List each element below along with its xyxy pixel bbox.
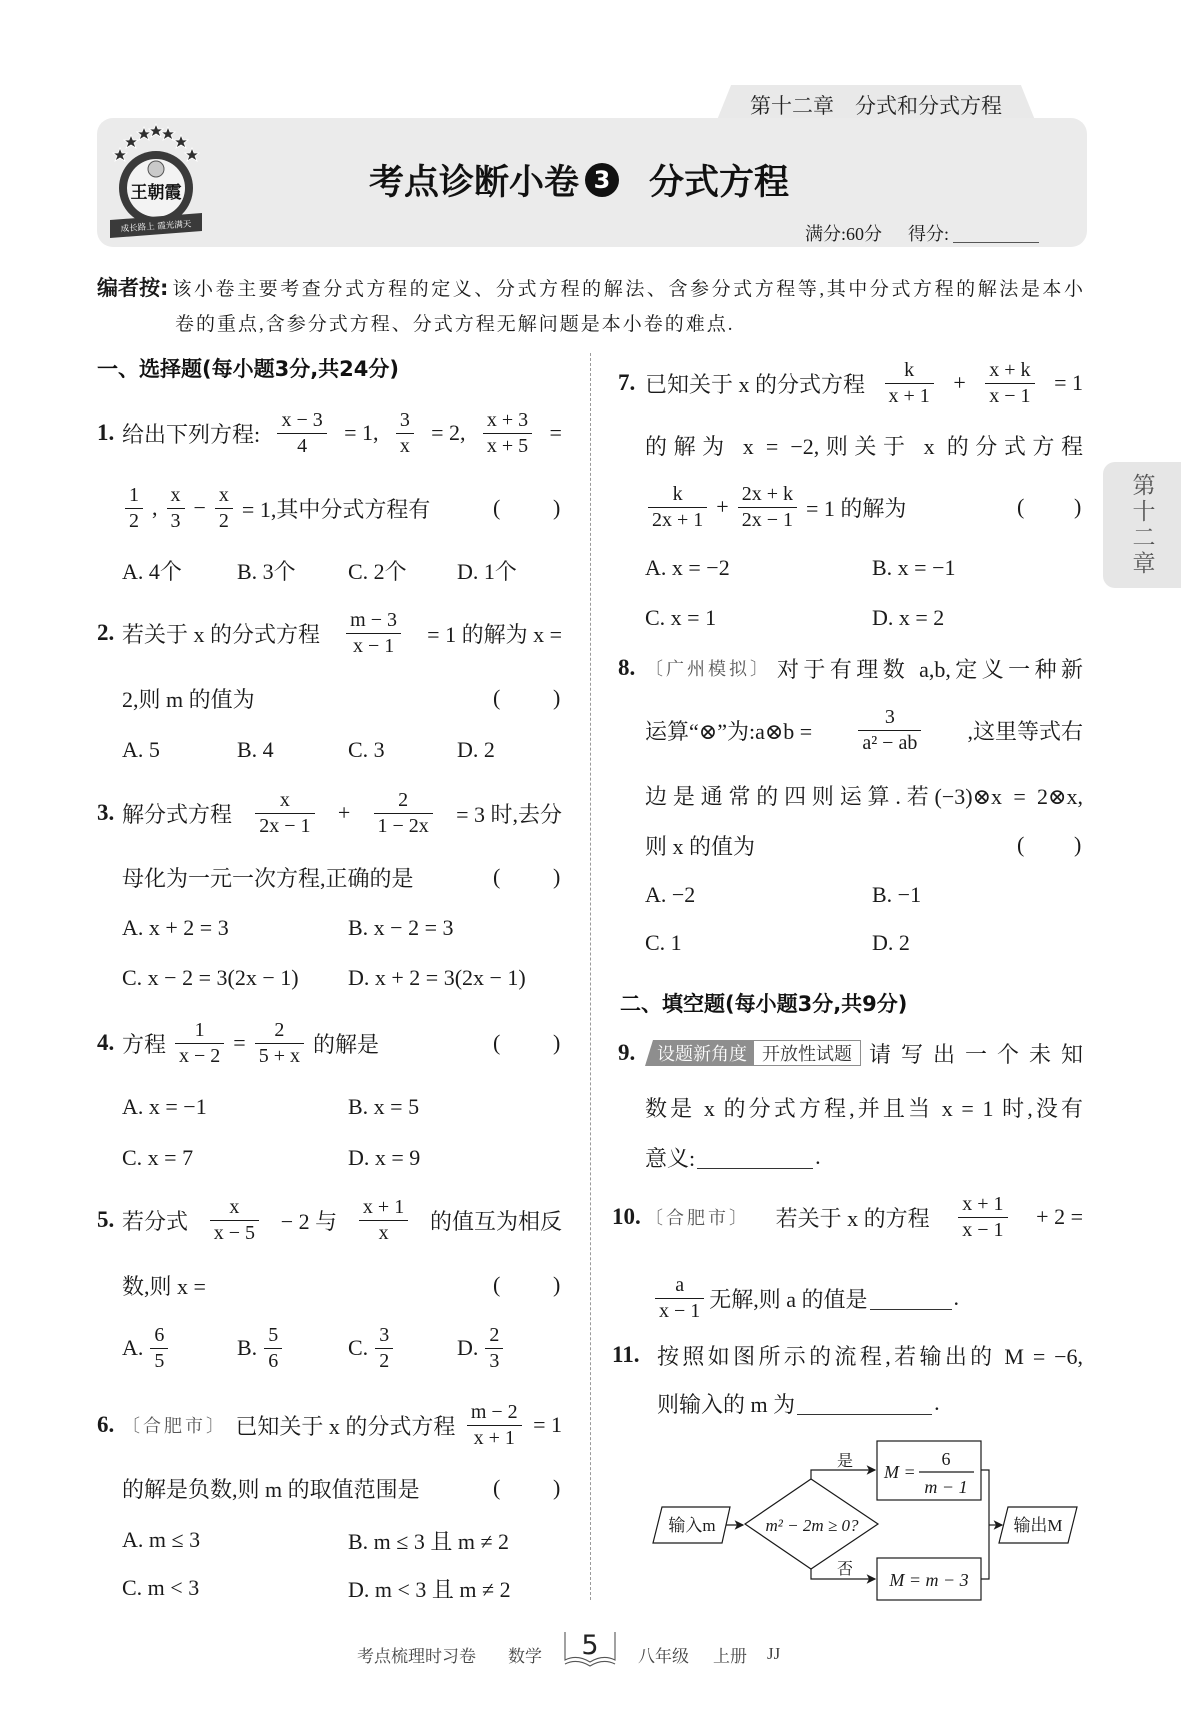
numerator: 2	[374, 788, 433, 814]
question-text: 解分式方程	[122, 798, 232, 829]
numerator: x − 3	[277, 408, 326, 434]
footer-grade: 八年级	[638, 1640, 689, 1668]
denominator: 3	[485, 1349, 503, 1374]
question-7-line-1: 已知关于 x 的分式方程 kx + 1 + x + kx − 1 = 1	[645, 353, 1083, 413]
option-label: D.	[457, 1335, 478, 1361]
denominator: x + 1	[467, 1426, 522, 1451]
option-d: D. 23	[457, 1318, 506, 1378]
question-8-line-1: 〔广州模拟〕 对于有理数 a,b,定义一种新	[645, 638, 1083, 698]
question-2-line-2: 2,则 m 的值为	[122, 668, 255, 728]
option-c: C. 2个	[348, 545, 407, 595]
fraction: 3x	[396, 408, 414, 459]
denominator: x + 5	[483, 434, 532, 459]
question-text: 则输入的 m 为	[657, 1388, 795, 1419]
option-c: C. x = 7	[122, 1133, 193, 1183]
math-text: +	[716, 494, 728, 520]
option-d: D. 2	[872, 918, 910, 968]
fraction: 3a² − ab	[858, 705, 921, 756]
option-d: D. x = 2	[872, 593, 944, 643]
numerator: x	[210, 1195, 259, 1221]
math-text: =	[550, 420, 562, 446]
fraction: m − 2x + 1	[467, 1400, 522, 1451]
numerator: x	[167, 483, 185, 509]
denominator: 2x − 1	[255, 814, 314, 839]
question-text: = 1 的解为	[806, 492, 906, 523]
flowchart-diagram: 输入m m² − 2m ≥ 0? 是 否 M = 6 m − 1 M = m −…	[640, 1420, 1090, 1610]
question-text: = 3 时,去分	[456, 798, 562, 829]
no-expression: M = m − 3	[888, 1570, 968, 1590]
full-score: 满分:60分	[805, 220, 882, 246]
question-text: = 1 的解为 x =	[427, 618, 562, 649]
fraction: 32	[375, 1323, 393, 1374]
option-a: A. m ≤ 3	[122, 1515, 200, 1565]
question-text: ,这里等式右	[967, 715, 1083, 746]
denominator: x − 1	[655, 1299, 704, 1324]
option-d: D. 2	[457, 725, 495, 775]
question-text: 按照如图所示的流程,若输出的 M = −6,	[657, 1340, 1083, 1371]
fraction: 23	[485, 1323, 503, 1374]
numerator: 2x + k	[738, 482, 797, 508]
question-text: 若关于 x 的分式方程	[122, 618, 320, 649]
question-10-number: 10.	[612, 1187, 641, 1247]
numerator: m − 2	[467, 1400, 522, 1426]
fraction: kx + 1	[885, 358, 934, 409]
period: .	[934, 1390, 940, 1416]
chapter-side-tab: 第十二章	[1103, 462, 1181, 588]
editor-note-label: 编者按:	[97, 272, 168, 302]
footer-book-title: 考点梳理时习卷	[357, 1640, 476, 1668]
question-text: 给出下列方程:	[122, 418, 260, 449]
logo-name: 王朝霞	[131, 182, 182, 203]
option-label: C.	[348, 1335, 368, 1361]
option-b: B. x = −1	[872, 543, 956, 593]
question-text: 对于有理数 a,b,定义一种新	[777, 653, 1083, 684]
numerator: 3	[858, 705, 921, 731]
source-tag: 〔广州模拟〕	[645, 655, 771, 681]
option-c: C. 3	[348, 725, 385, 775]
fraction: k2x + 1	[648, 482, 707, 533]
column-divider	[590, 353, 591, 1600]
numerator: 1	[175, 1018, 224, 1044]
question-5-line-1: 若分式 xx − 5 − 2 与 x + 1x 的值互为相反	[122, 1190, 562, 1250]
question-5-line-2: 数,则 x =	[122, 1255, 206, 1315]
numerator: x + 1	[958, 1192, 1007, 1218]
denominator: 2	[215, 509, 233, 534]
option-b: B. m ≤ 3 且 m ≠ 2	[348, 1515, 509, 1565]
option-a: A. −2	[645, 870, 695, 920]
fraction: 12	[125, 483, 143, 534]
question-6-line-2: 的解是负数,则 m 的取值范围是	[122, 1458, 420, 1518]
answer-paren-open: (	[493, 1458, 500, 1518]
option-d: D. 1个	[457, 545, 517, 595]
numerator: x + k	[985, 358, 1034, 384]
math-text: =	[233, 1030, 245, 1056]
denominator: 3	[167, 509, 185, 534]
page-title: 考点诊断小卷 3 分式方程	[369, 156, 789, 204]
numerator: x + 3	[483, 408, 532, 434]
question-text: − 2 与	[281, 1205, 337, 1236]
math-text: +	[953, 370, 965, 396]
yes-expression-prefix: M =	[883, 1462, 916, 1482]
numerator: x	[255, 788, 314, 814]
option-b: B. 56	[237, 1318, 285, 1378]
denominator: 6	[264, 1349, 282, 1374]
denominator: 2x + 1	[648, 508, 707, 533]
question-2-line-1: 若关于 x 的分式方程 m − 3x − 1 = 1 的解为 x =	[122, 603, 562, 663]
question-7-number: 7.	[618, 353, 635, 413]
question-1-line-1: 给出下列方程: x − 34 = 1, 3x = 2, x + 3x + 5 =	[122, 403, 562, 463]
question-9-number: 9.	[618, 1023, 635, 1083]
math-text: = 2,	[431, 420, 465, 446]
denominator: x − 2	[175, 1044, 224, 1069]
fraction: x3	[167, 483, 185, 534]
answer-paren-open: (	[1017, 815, 1024, 875]
option-d: D. x + 2 = 3(2x − 1)	[348, 953, 526, 1003]
option-d: D. m < 3 且 m ≠ 2	[348, 1563, 511, 1613]
option-b: B. x = 5	[348, 1082, 419, 1132]
question-text: 若分式	[122, 1205, 188, 1236]
question-11-number: 11.	[612, 1325, 639, 1385]
fraction: 25 + x	[255, 1018, 304, 1069]
answer-blank	[697, 1146, 813, 1169]
fraction: 21 − 2x	[374, 788, 433, 839]
denominator: a² − ab	[858, 731, 921, 756]
denominator: 5	[150, 1349, 168, 1374]
exam-page: 第十二章 分式和分式方程 王朝霞 成长路上 霞光满天 考点诊断小卷 3 分式方程…	[0, 0, 1181, 1730]
math-text: −	[194, 495, 206, 521]
page-number: 5	[563, 1628, 617, 1662]
yes-numerator: 6	[942, 1449, 951, 1469]
numerator: k	[885, 358, 934, 384]
period: .	[815, 1144, 821, 1170]
yes-label: 是	[837, 1452, 853, 1470]
title-main: 考点诊断小卷	[369, 155, 579, 205]
denominator: x	[396, 434, 414, 459]
condition-label: m² − 2m ≥ 0?	[766, 1516, 859, 1535]
option-b: B. 4	[237, 725, 274, 775]
fraction: x + 3x + 5	[483, 408, 532, 459]
fraction: xx − 5	[210, 1195, 259, 1246]
source-tag: 〔合肥市〕	[122, 1412, 227, 1438]
question-8-number: 8.	[618, 638, 635, 698]
numerator: 2	[485, 1323, 503, 1349]
chapter-side-tab-label: 第十二章	[1126, 473, 1159, 577]
denominator: 4	[277, 434, 326, 459]
badge-new-angle: 设题新角度	[645, 1040, 753, 1066]
editor-note-line-1: 该小卷主要考查分式方程的定义、分式方程的解法、含参分式方程等,其中分式方程的解法…	[172, 274, 1083, 301]
denominator: 1 − 2x	[374, 814, 433, 839]
numerator: 3	[396, 408, 414, 434]
question-text: 意义:	[645, 1142, 695, 1173]
title-topic: 分式方程	[649, 155, 789, 205]
option-label: B.	[237, 1335, 257, 1361]
option-label: A.	[122, 1335, 143, 1361]
option-a: A. x = −2	[645, 543, 730, 593]
question-4-line-1: 方程 1x − 2 = 25 + x 的解是	[122, 1013, 379, 1073]
option-a: A. x + 2 = 3	[122, 903, 229, 953]
answer-paren-close: )	[553, 1458, 560, 1518]
option-c: C. m < 3	[122, 1563, 199, 1613]
denominator: x − 1	[985, 384, 1034, 409]
brand-logo-icon: 王朝霞 成长路上 霞光满天	[108, 122, 204, 246]
option-b: B. 3个	[237, 545, 296, 595]
answer-paren-close: )	[1074, 477, 1081, 537]
answer-paren-close: )	[553, 847, 560, 907]
option-c: C. x = 1	[645, 593, 716, 643]
denominator: x − 5	[210, 1221, 259, 1246]
denominator: x − 1	[346, 634, 401, 659]
score-line: 满分:60分 得分:	[805, 220, 1039, 246]
question-10-line-1: 〔合肥市〕 若关于 x 的方程 x + 1x − 1 + 2 =	[645, 1187, 1083, 1247]
math-text: = 1	[533, 1412, 562, 1438]
denominator: 2x − 1	[738, 508, 797, 533]
question-text: 的解为 x = −2,则关于 x 的分式方程	[645, 430, 1083, 461]
option-b: B. x − 2 = 3	[348, 903, 454, 953]
numerator: 3	[375, 1323, 393, 1349]
question-6-number: 6.	[97, 1395, 114, 1455]
question-text: 数是 x 的分式方程,并且当 x = 1 时,没有	[645, 1092, 1083, 1123]
option-b: B. −1	[872, 870, 921, 920]
question-text: 方程	[122, 1028, 166, 1059]
question-text: 运算“⊗”为:a⊗b =	[645, 715, 812, 746]
numerator: 1	[125, 483, 143, 509]
math-text: + 2 =	[1036, 1204, 1083, 1230]
fraction: x2x − 1	[255, 788, 314, 839]
answer-paren-open: (	[493, 847, 500, 907]
question-text: 无解,则 a 的值是	[709, 1283, 867, 1314]
section-choice-title: 一、选择题(每小题3分,共24分)	[97, 338, 399, 398]
question-text: 已知关于 x 的分式方程	[645, 368, 865, 399]
fraction: x2	[215, 483, 233, 534]
yes-arrow-icon	[811, 1470, 875, 1479]
period: .	[954, 1285, 960, 1311]
fraction: 1x − 2	[175, 1018, 224, 1069]
answer-paren-close: )	[553, 668, 560, 728]
question-text: 已知关于 x 的分式方程	[235, 1410, 455, 1441]
question-1-line-2: 12 , x3 − x2 = 1,其中分式方程有	[122, 478, 430, 538]
question-9-line-1: 设题新角度 开放性试题 请写出一个未知	[645, 1023, 1083, 1083]
question-8-line-4: 则 x 的值为	[645, 815, 755, 875]
question-text: 的值互为相反	[430, 1205, 562, 1236]
footer-subject: 数学	[508, 1640, 542, 1668]
score-blank	[953, 224, 1039, 243]
title-number-badge: 3	[585, 163, 619, 197]
footer-volume: 上册	[713, 1640, 747, 1668]
portrait-icon	[148, 161, 164, 177]
math-text: ,	[152, 495, 158, 521]
numerator: x	[215, 483, 233, 509]
fraction: 2x + k2x − 1	[738, 482, 797, 533]
question-type-badge: 设题新角度 开放性试题	[645, 1040, 861, 1066]
question-5-number: 5.	[97, 1190, 114, 1250]
option-a: A. x = −1	[122, 1082, 207, 1132]
merge-connector	[981, 1470, 989, 1579]
fraction: x + 1x − 1	[958, 1192, 1007, 1243]
answer-paren-open: (	[1017, 477, 1024, 537]
numerator: a	[655, 1273, 704, 1299]
denominator: x + 1	[885, 384, 934, 409]
option-d: D. x = 9	[348, 1133, 420, 1183]
editor-note: 编者按: 该小卷主要考查分式方程的定义、分式方程的解法、含参分式方程等,其中分式…	[97, 272, 1083, 302]
question-3-number: 3.	[97, 783, 114, 843]
option-c: C. x − 2 = 3(2x − 1)	[122, 953, 299, 1003]
output-label: 输出M	[1013, 1516, 1062, 1535]
question-9-line-3: 意义: .	[645, 1127, 821, 1187]
option-c: C. 1	[645, 918, 682, 968]
denominator: 2	[375, 1349, 393, 1374]
question-1-number: 1.	[97, 403, 114, 463]
math-text: = 1	[1054, 370, 1083, 396]
question-text: 请写出一个未知	[869, 1038, 1083, 1069]
question-4-number: 4.	[97, 1013, 114, 1073]
question-text: 若关于 x 的方程	[776, 1202, 930, 1233]
answer-paren-close: )	[553, 1013, 560, 1073]
math-text: +	[338, 800, 350, 826]
numerator: 5	[264, 1323, 282, 1349]
fraction: 56	[264, 1323, 282, 1374]
answer-blank	[870, 1287, 952, 1310]
question-7-line-3: k2x + 1 + 2x + k2x − 1 = 1 的解为	[645, 477, 906, 537]
source-tag: 〔合肥市〕	[645, 1204, 750, 1230]
question-text: 边是通常的四则运算.若(−3)⊗x = 2⊗x,	[645, 780, 1083, 811]
numerator: x + 1	[359, 1195, 408, 1221]
numerator: k	[648, 482, 707, 508]
fraction: x + 1x	[359, 1195, 408, 1246]
answer-paren-close: )	[553, 1255, 560, 1315]
denominator: 2	[125, 509, 143, 534]
question-3-line-2: 母化为一元一次方程,正确的是	[122, 847, 414, 907]
input-label: 输入m	[668, 1516, 715, 1535]
option-a: A. 65	[122, 1318, 171, 1378]
fraction: ax − 1	[655, 1273, 704, 1324]
denominator: 5 + x	[255, 1044, 304, 1069]
chapter-tab-label: 第十二章 分式和分式方程	[715, 88, 1037, 122]
answer-paren-open: (	[493, 478, 500, 538]
answer-blank	[797, 1392, 932, 1415]
question-text: 的解是	[313, 1028, 379, 1059]
question-10-line-2: ax − 1 无解,则 a 的值是 .	[652, 1268, 959, 1328]
question-text: = 1,其中分式方程有	[242, 493, 430, 524]
question-3-line-1: 解分式方程 x2x − 1 + 21 − 2x = 3 时,去分	[122, 783, 562, 843]
option-c: C. 32	[348, 1318, 396, 1378]
question-6-line-1: 〔合肥市〕 已知关于 x 的分式方程 m − 2x + 1 = 1	[122, 1395, 562, 1455]
badge-open-question: 开放性试题	[753, 1040, 861, 1066]
numerator: 6	[150, 1323, 168, 1349]
numerator: 2	[255, 1018, 304, 1044]
answer-paren-open: (	[493, 668, 500, 728]
fraction: x + kx − 1	[985, 358, 1034, 409]
score-label: 得分:	[908, 220, 949, 246]
option-a: A. 4个	[122, 545, 182, 595]
math-text: = 1,	[344, 420, 378, 446]
no-label: 否	[837, 1560, 853, 1578]
numerator: m − 3	[346, 608, 401, 634]
question-7-line-2: 的解为 x = −2,则关于 x 的分式方程	[645, 415, 1083, 475]
fraction: m − 3x − 1	[346, 608, 401, 659]
answer-paren-open: (	[493, 1255, 500, 1315]
question-8-line-2: 运算“⊗”为:a⊗b = 3a² − ab ,这里等式右	[645, 700, 1083, 760]
answer-paren-close: )	[553, 478, 560, 538]
option-a: A. 5	[122, 725, 160, 775]
fraction: x − 34	[277, 408, 326, 459]
answer-paren-close: )	[1074, 815, 1081, 875]
question-2-number: 2.	[97, 603, 114, 663]
denominator: x	[359, 1221, 408, 1246]
answer-paren-open: (	[493, 1013, 500, 1073]
yes-denominator: m − 1	[924, 1477, 967, 1497]
editor-note-line-2: 卷的重点,含参分式方程、分式方程无解问题是本小卷的难点.	[175, 307, 735, 337]
footer-edition: JJ	[767, 1640, 780, 1668]
fraction: 65	[150, 1323, 168, 1374]
denominator: x − 1	[958, 1218, 1007, 1243]
